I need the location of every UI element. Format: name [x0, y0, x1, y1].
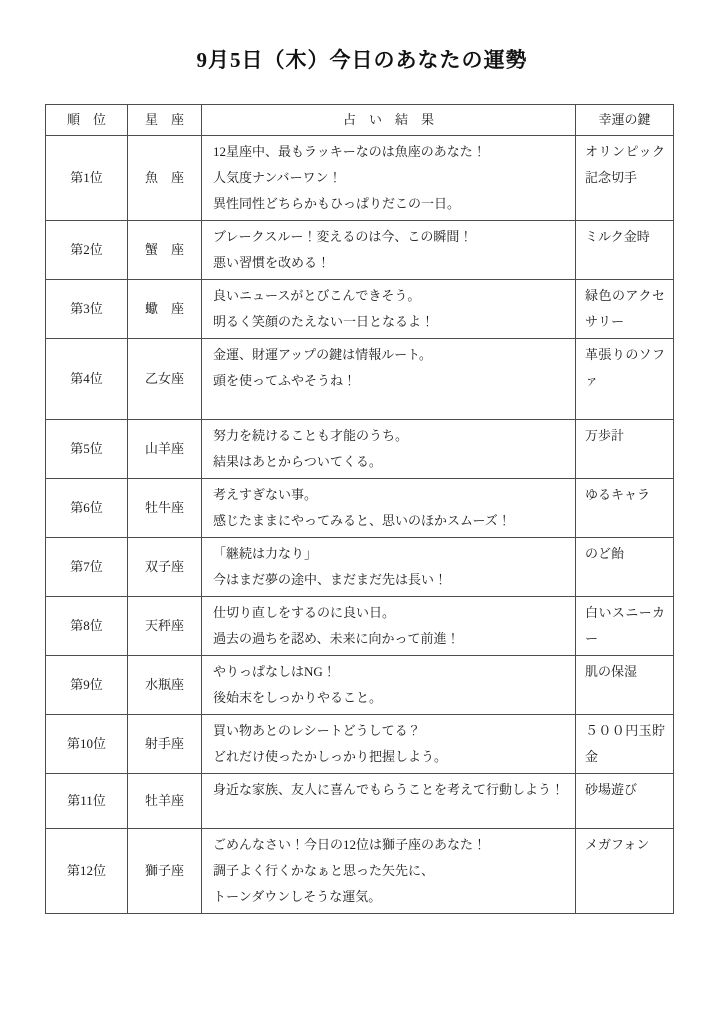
rank-cell: 第8位: [46, 597, 128, 656]
result-line: 頭を使ってふやそうね！: [213, 368, 565, 394]
sign-cell: 蠍 座: [128, 280, 202, 339]
sign-cell: 魚 座: [128, 136, 202, 221]
result-line: 今はまだ夢の途中、まだまだ先は長い！: [213, 567, 565, 593]
lucky-key-cell: メガフォン: [576, 829, 674, 914]
result-line: 良いニュースがとびこんできそう。: [213, 283, 565, 309]
sign-header: 星 座: [128, 105, 202, 136]
result-line: 考えすぎない事。: [213, 482, 565, 508]
result-line: 過去の過ちを認め、未来に向かって前進！: [213, 626, 565, 652]
result-cell: 12星座中、最もラッキーなのは魚座のあなた！ 人気度ナンバーワン！ 異性同性どち…: [202, 136, 576, 221]
result-line: 明るく笑顔のたえない一日となるよ！: [213, 309, 565, 335]
result-line: 仕切り直しをするのに良い日。: [213, 600, 565, 626]
result-line: どれだけ使ったかしっかり把握しよう。: [213, 744, 565, 770]
result-line: 人気度ナンバーワン！: [213, 165, 565, 191]
sign-cell: 乙女座: [128, 339, 202, 420]
lucky-key-header: 幸運の鍵: [576, 105, 674, 136]
lucky-key-cell: 緑色のアクセサリー: [576, 280, 674, 339]
result-cell: ごめんなさい！今日の12位は獅子座のあなた！ 調子よく行くかなぁと思った矢先に、…: [202, 829, 576, 914]
result-cell: 「継続は力なり」 今はまだ夢の途中、まだまだ先は長い！: [202, 538, 576, 597]
sign-cell: 山羊座: [128, 420, 202, 479]
rank-cell: 第11位: [46, 774, 128, 829]
sign-cell: 牡羊座: [128, 774, 202, 829]
rank-cell: 第3位: [46, 280, 128, 339]
result-cell: 考えすぎない事。 感じたままにやってみると、思いのほかスムーズ！: [202, 479, 576, 538]
table-row: 第9位 水瓶座 やりっぱなしはNG！ 後始末をしっかりやること。 肌の保湿: [46, 656, 674, 715]
rank-cell: 第5位: [46, 420, 128, 479]
lucky-key-cell: 砂場遊び: [576, 774, 674, 829]
table-row: 第2位 蟹 座 ブレークスルー！変えるのは今、この瞬間！ 悪い習慣を改める！ ミ…: [46, 221, 674, 280]
result-line: ブレークスルー！変えるのは今、この瞬間！: [213, 224, 565, 250]
rank-cell: 第9位: [46, 656, 128, 715]
rank-cell: 第1位: [46, 136, 128, 221]
result-line: 12星座中、最もラッキーなのは魚座のあなた！: [213, 139, 565, 165]
table-row: 第6位 牡牛座 考えすぎない事。 感じたままにやってみると、思いのほかスムーズ！…: [46, 479, 674, 538]
table-row: 第11位 牡羊座 身近な家族、友人に喜んでもらうことを考えて行動しよう！ 砂場遊…: [46, 774, 674, 829]
lucky-key-cell: 万歩計: [576, 420, 674, 479]
rank-cell: 第6位: [46, 479, 128, 538]
fortune-table: 順 位 星 座 占 い 結 果 幸運の鍵 第1位 魚 座 12星座中、最もラッキ…: [45, 104, 674, 914]
sign-cell: 射手座: [128, 715, 202, 774]
lucky-key-cell: 肌の保湿: [576, 656, 674, 715]
table-row: 第12位 獅子座 ごめんなさい！今日の12位は獅子座のあなた！ 調子よく行くかな…: [46, 829, 674, 914]
lucky-key-cell: ５００円玉貯金: [576, 715, 674, 774]
result-line: 悪い習慣を改める！: [213, 250, 565, 276]
rank-cell: 第4位: [46, 339, 128, 420]
result-line: 結果はあとからついてくる。: [213, 449, 565, 475]
result-line: 後始末をしっかりやること。: [213, 685, 565, 711]
lucky-key-cell: オリンピック記念切手: [576, 136, 674, 221]
table-row: 第7位 双子座 「継続は力なり」 今はまだ夢の途中、まだまだ先は長い！ のど飴: [46, 538, 674, 597]
table-header-row: 順 位 星 座 占 い 結 果 幸運の鍵: [46, 105, 674, 136]
lucky-key-cell: のど飴: [576, 538, 674, 597]
rank-cell: 第12位: [46, 829, 128, 914]
rank-cell: 第2位: [46, 221, 128, 280]
result-line: 感じたままにやってみると、思いのほかスムーズ！: [213, 508, 565, 534]
sign-cell: 天秤座: [128, 597, 202, 656]
sign-cell: 水瓶座: [128, 656, 202, 715]
result-cell: やりっぱなしはNG！ 後始末をしっかりやること。: [202, 656, 576, 715]
table-row: 第4位 乙女座 金運、財運アップの鍵は情報ルート。 頭を使ってふやそうね！ 革張…: [46, 339, 674, 420]
result-header: 占 い 結 果: [202, 105, 576, 136]
lucky-key-cell: ゆるキャラ: [576, 479, 674, 538]
table-row: 第10位 射手座 買い物あとのレシートどうしてる？ どれだけ使ったかしっかり把握…: [46, 715, 674, 774]
lucky-key-cell: 白いスニーカー: [576, 597, 674, 656]
sign-cell: 獅子座: [128, 829, 202, 914]
table-row: 第8位 天秤座 仕切り直しをするのに良い日。 過去の過ちを認め、未来に向かって前…: [46, 597, 674, 656]
rank-header: 順 位: [46, 105, 128, 136]
result-line: 異性同性どちらかもひっぱりだこの一日。: [213, 191, 565, 217]
document-page: { "page": { "title": "9月5日（木）今日のあなたの運勢" …: [0, 0, 724, 1024]
result-line: やりっぱなしはNG！: [213, 659, 565, 685]
rank-cell: 第7位: [46, 538, 128, 597]
result-cell: 買い物あとのレシートどうしてる？ どれだけ使ったかしっかり把握しよう。: [202, 715, 576, 774]
table-row: 第5位 山羊座 努力を続けることも才能のうち。 結果はあとからついてくる。 万歩…: [46, 420, 674, 479]
result-line: 努力を続けることも才能のうち。: [213, 423, 565, 449]
lucky-key-cell: ミルク金時: [576, 221, 674, 280]
result-line: 調子よく行くかなぁと思った矢先に、: [213, 858, 565, 884]
result-cell: 良いニュースがとびこんできそう。 明るく笑顔のたえない一日となるよ！: [202, 280, 576, 339]
table-row: 第3位 蠍 座 良いニュースがとびこんできそう。 明るく笑顔のたえない一日となる…: [46, 280, 674, 339]
result-line: 金運、財運アップの鍵は情報ルート。: [213, 342, 565, 368]
rank-cell: 第10位: [46, 715, 128, 774]
lucky-key-cell: 革張りのソファ: [576, 339, 674, 420]
result-cell: 努力を続けることも才能のうち。 結果はあとからついてくる。: [202, 420, 576, 479]
result-line: 身近な家族、友人に喜んでもらうことを考えて行動しよう！: [213, 777, 565, 803]
result-line: トーンダウンしそうな運気。: [213, 884, 565, 910]
result-cell: 身近な家族、友人に喜んでもらうことを考えて行動しよう！: [202, 774, 576, 829]
sign-cell: 双子座: [128, 538, 202, 597]
result-line: 「継続は力なり」: [213, 541, 565, 567]
table-row: 第1位 魚 座 12星座中、最もラッキーなのは魚座のあなた！ 人気度ナンバーワン…: [46, 136, 674, 221]
result-cell: ブレークスルー！変えるのは今、この瞬間！ 悪い習慣を改める！: [202, 221, 576, 280]
page-title: 9月5日（木）今日のあなたの運勢: [0, 46, 724, 74]
sign-cell: 蟹 座: [128, 221, 202, 280]
result-cell: 金運、財運アップの鍵は情報ルート。 頭を使ってふやそうね！: [202, 339, 576, 420]
result-line: ごめんなさい！今日の12位は獅子座のあなた！: [213, 832, 565, 858]
sign-cell: 牡牛座: [128, 479, 202, 538]
result-line: 買い物あとのレシートどうしてる？: [213, 718, 565, 744]
result-cell: 仕切り直しをするのに良い日。 過去の過ちを認め、未来に向かって前進！: [202, 597, 576, 656]
